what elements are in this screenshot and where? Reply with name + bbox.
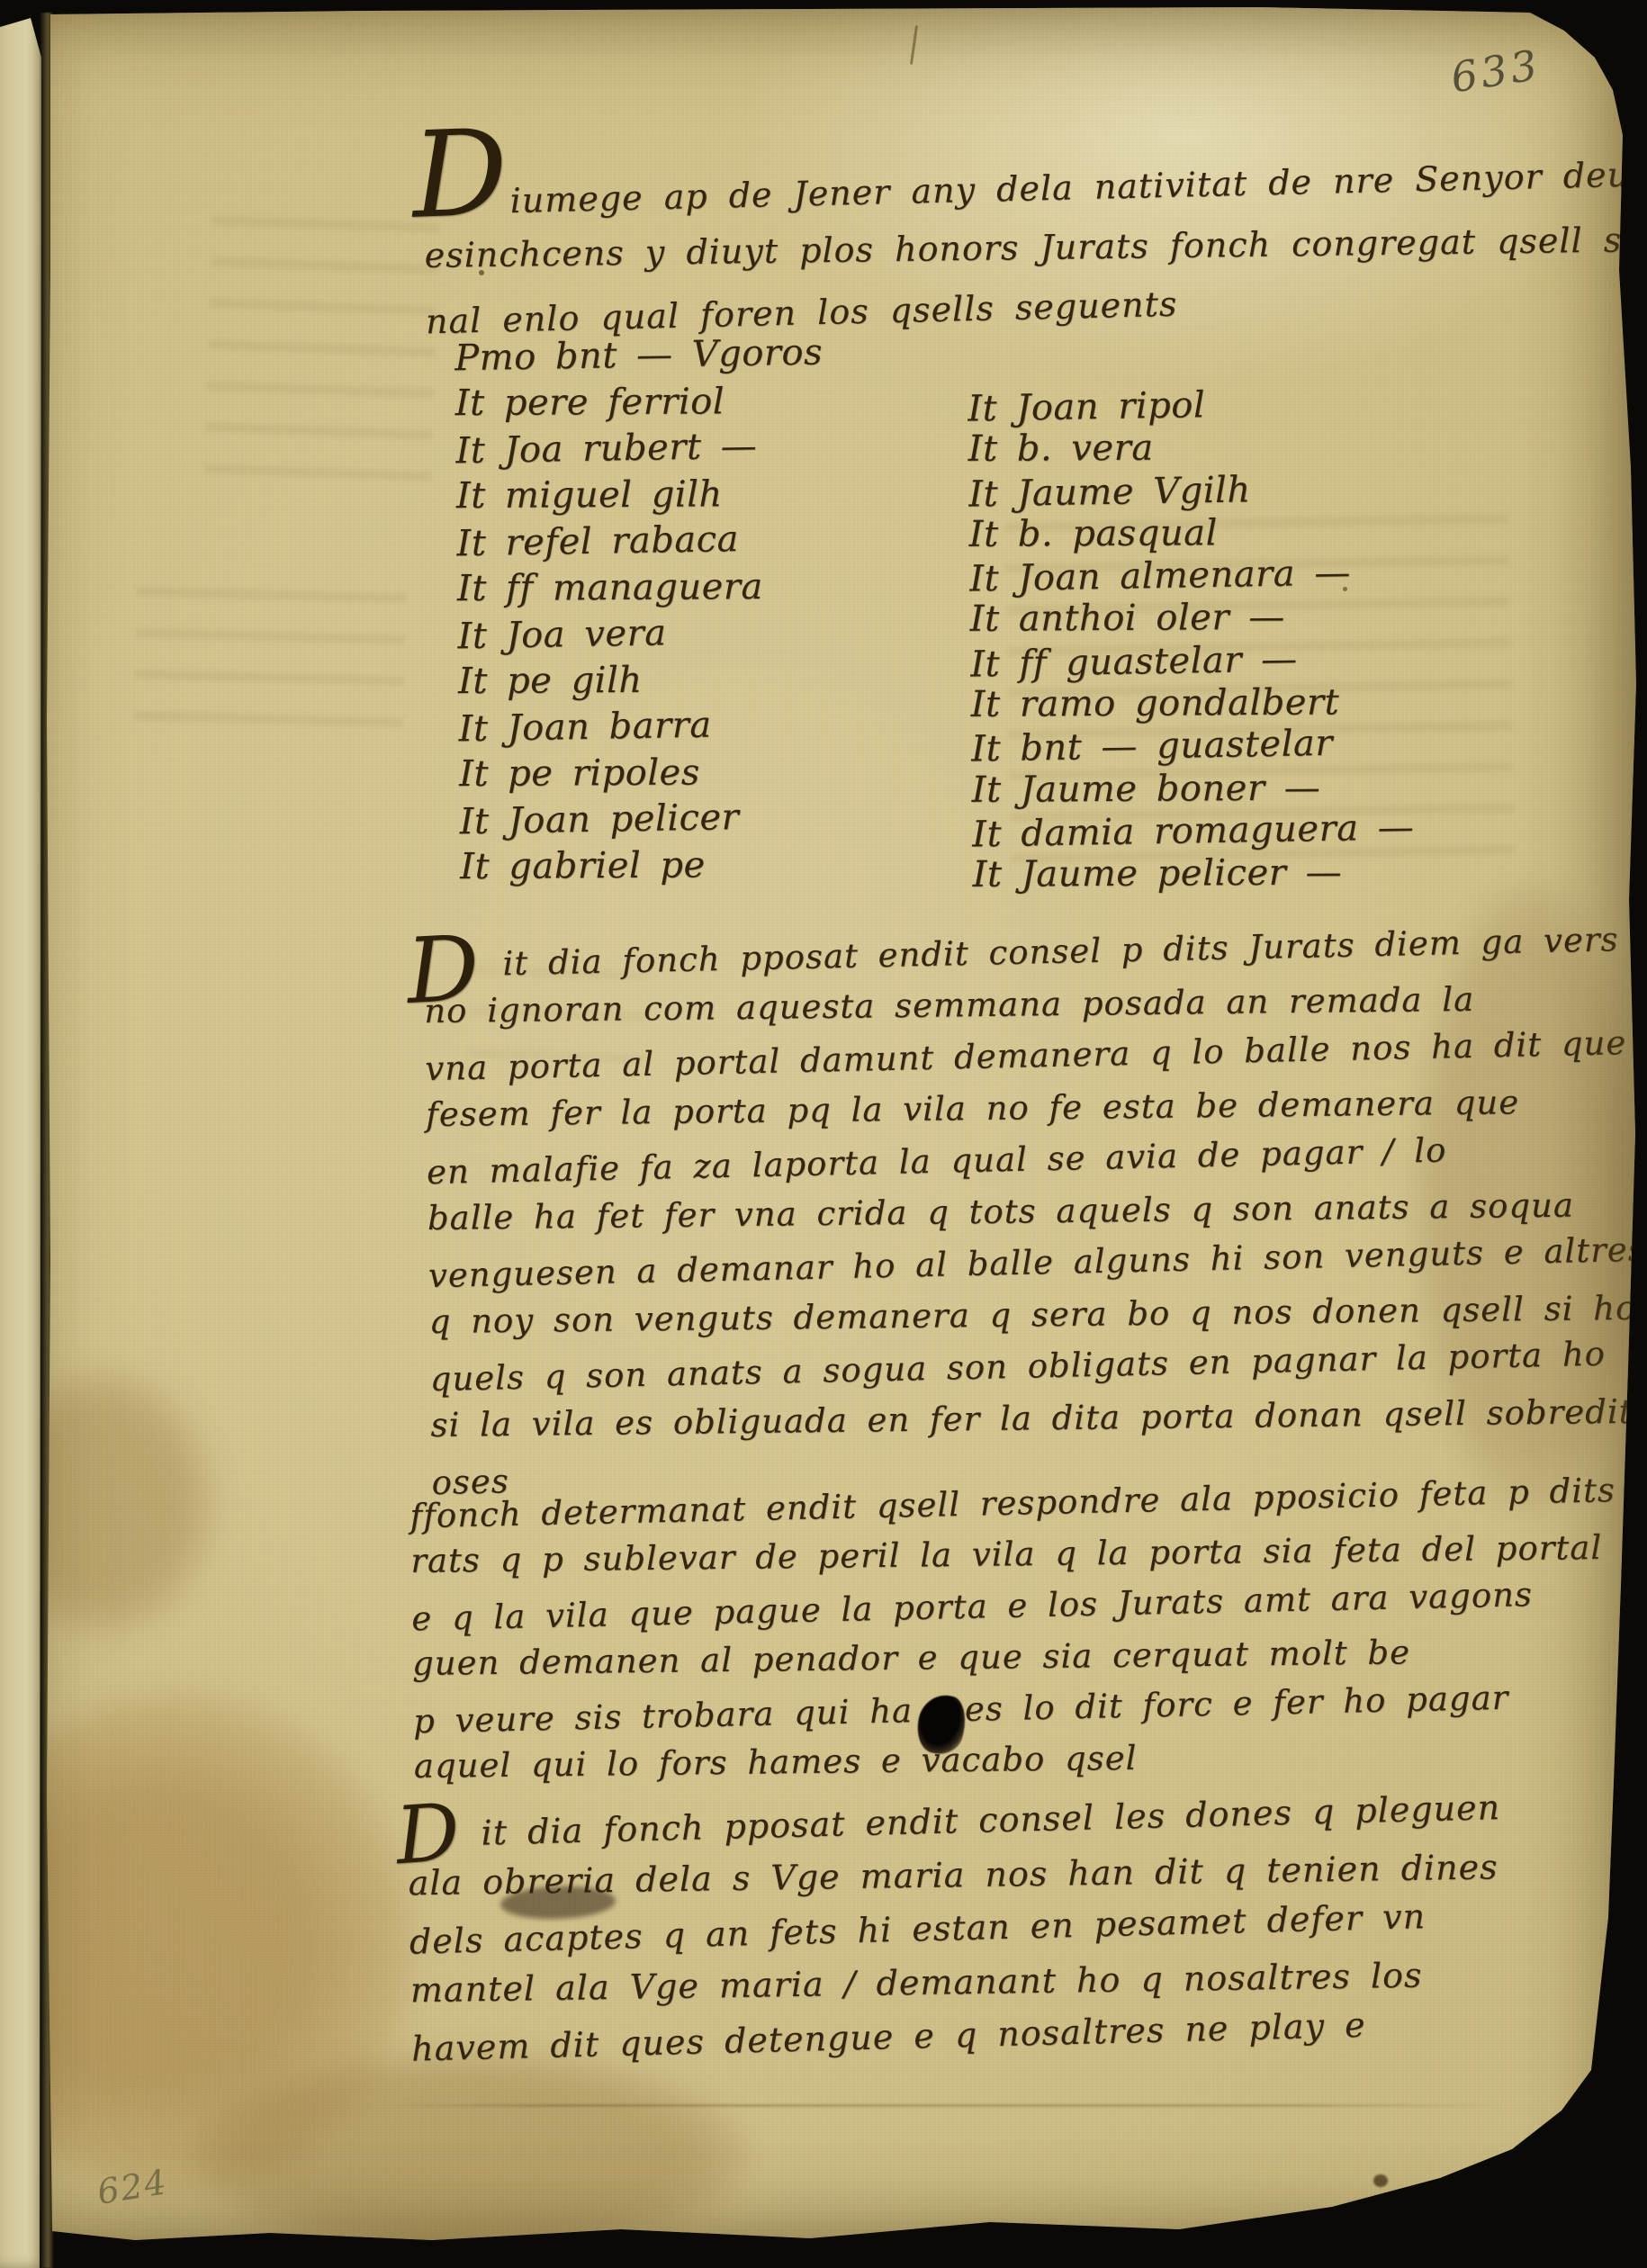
attendee-name: It pe gilh [458,656,826,705]
attendee-name: It pe ripoles [459,749,827,797]
attendee-name: It b. pasqual [969,511,1411,556]
opening-paragraph: iumege ap de Jener any dela nativitat de… [423,147,1647,347]
attendee-name: It ff guastelar — [970,636,1413,686]
manuscript-page: 633 D iumege ap de Jener any dela nativi… [0,0,1647,2268]
attendee-name: It miguel gilh [456,471,824,519]
attendee-name: It bnt — guastelar [971,722,1414,771]
folio-number: 633 [1447,40,1543,103]
attendee-name: It anthoi oler — [970,596,1412,641]
attendee-name: It Joa vera [457,607,826,660]
attendee-name: It ramo gondalbert [971,681,1413,726]
opening-lines: iumege ap de Jener any dela nativitat de… [423,147,1647,347]
attendee-name: It refel rabaca [456,515,825,567]
attendee-name: It Jaume pelicer — [973,851,1415,896]
attendee-name: It Joan almenara — [969,552,1412,601]
attendee-name: It Jaume Vgilh [968,466,1411,516]
paper-crease [387,2104,1503,2107]
ink-dot [1373,2174,1388,2187]
ink-scratch [910,25,918,65]
attendee-list-left: Pmo bnt — VgorosIt pere ferriolIt Joa ru… [454,331,828,891]
attendee-name: It Joan ripol [967,381,1410,430]
council-proposal-paragraph: it dia fonch pposat endit consel p dits … [423,917,1647,1506]
attendee-name: It b. vera [968,426,1410,471]
water-stain [0,1692,414,2196]
archive-page-number: 624 [94,2162,170,2212]
resolution-paragraph: ffonch determanat endit qsell respondre … [409,1467,1647,1795]
verso-bleedthrough [133,572,407,733]
attendee-name: It damia romaguera — [972,806,1415,856]
attendee-name: It gabriel pe [460,841,828,890]
attendee-name: Pmo bnt — Vgoros [454,329,823,382]
second-proposal-paragraph: it dia fonch pposat endit consel les don… [407,1785,1505,2074]
attendee-name: It ff managuera [457,563,825,612]
attendee-name: It pere ferriol [455,378,823,427]
attendee-name: It Joan barra [458,700,827,752]
manuscript-photo: 633 D iumege ap de Jener any dela nativi… [0,0,1647,2268]
attendee-name: It Joan pelicer [459,793,828,845]
attendee-name: It Joa rubert — [455,422,824,474]
water-stain [189,2052,747,2259]
verso-bleedthrough [204,202,441,485]
attendee-list-right: It Joan ripolIt b. veraIt Jaume VgilhIt … [967,382,1415,898]
attendee-name: It Jaume boner — [972,767,1414,812]
